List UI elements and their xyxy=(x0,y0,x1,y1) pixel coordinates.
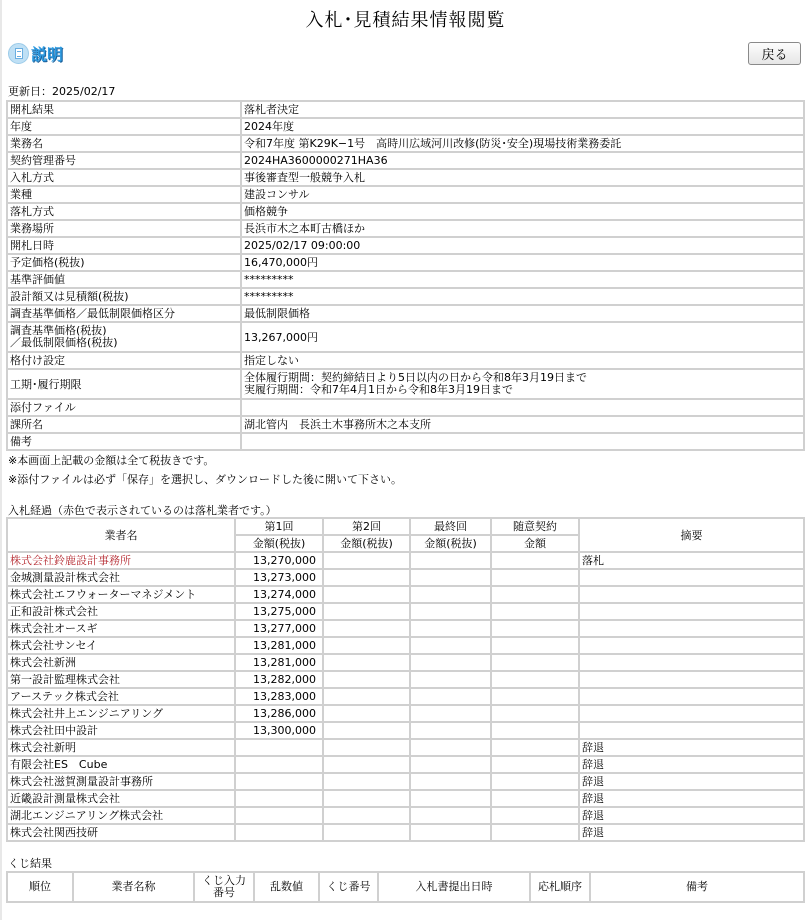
info-value xyxy=(241,399,804,416)
lottery-header: 応札順序 xyxy=(530,872,590,902)
info-row: 調査基準価格(税抜)／最低制限価格(税抜)13,267,000円 xyxy=(7,322,804,352)
updated-date: 更新日：2025/02/17 xyxy=(8,83,115,99)
info-value: 16,470,000円 xyxy=(241,254,804,271)
bid-row: 湖北エンジニアリング株式会社辞退 xyxy=(7,807,804,824)
info-label: 落札方式 xyxy=(7,203,241,220)
bid-round1-amount xyxy=(235,790,323,807)
info-value: 2024HA3600000271HA36 xyxy=(241,152,804,169)
lottery-header: 入札書提出日時 xyxy=(378,872,530,902)
bid-round2-amount xyxy=(323,790,410,807)
bid-negotiated-amount xyxy=(491,705,579,722)
bid-row: 株式会社サンセイ13,281,000 xyxy=(7,637,804,654)
info-row: 調査基準価格／最低制限価格区分最低制限価格 xyxy=(7,305,804,322)
bid-company: 有限会社ES Cube xyxy=(7,756,235,773)
bid-row: 正和設計株式会社13,275,000 xyxy=(7,603,804,620)
bid-round2-amount xyxy=(323,569,410,586)
bid-round1-amount: 13,281,000 xyxy=(235,654,323,671)
info-label: 基準評価値 xyxy=(7,271,241,288)
bid-row: 株式会社井上エンジニアリング13,286,000 xyxy=(7,705,804,722)
bid-company: 正和設計株式会社 xyxy=(7,603,235,620)
info-value xyxy=(241,433,804,450)
bid-negotiated-amount xyxy=(491,756,579,773)
info-row: 入札方式事後審査型一般競争入札 xyxy=(7,169,804,186)
header-negotiated: 随意契約 xyxy=(491,518,579,535)
bid-row: 株式会社滋賀測量設計事務所辞退 xyxy=(7,773,804,790)
bid-summary xyxy=(579,569,804,586)
bid-row: 株式会社関西技研辞退 xyxy=(7,824,804,841)
bid-company: 株式会社新明 xyxy=(7,739,235,756)
header-final-amount: 金額(税抜) xyxy=(410,535,491,552)
info-row: 開札日時2025/02/17 09:00:00 xyxy=(7,237,804,254)
bid-final-amount xyxy=(410,569,491,586)
document-icon xyxy=(8,43,29,64)
bid-company: 湖北エンジニアリング株式会社 xyxy=(7,807,235,824)
info-value: 2024年度 xyxy=(241,118,804,135)
info-value: 事後審査型一般競争入札 xyxy=(241,169,804,186)
bid-negotiated-amount xyxy=(491,824,579,841)
bid-row: 株式会社エフウォーターマネジメント13,274,000 xyxy=(7,586,804,603)
bid-round1-amount xyxy=(235,807,323,824)
bid-round1-amount: 13,274,000 xyxy=(235,586,323,603)
bid-negotiated-amount xyxy=(491,603,579,620)
header-round2-amount: 金額(税抜) xyxy=(323,535,410,552)
bid-round2-amount xyxy=(323,722,410,739)
bid-row: 株式会社新明辞退 xyxy=(7,739,804,756)
bid-negotiated-amount xyxy=(491,688,579,705)
bid-company: 第一設計監理株式会社 xyxy=(7,671,235,688)
bid-round2-amount xyxy=(323,603,410,620)
header-round1-amount: 金額(税抜) xyxy=(235,535,323,552)
bid-round1-amount xyxy=(235,756,323,773)
bid-company: 株式会社関西技研 xyxy=(7,824,235,841)
info-label: 調査基準価格／最低制限価格区分 xyxy=(7,305,241,322)
bid-row: 株式会社新洲13,281,000 xyxy=(7,654,804,671)
bid-summary xyxy=(579,722,804,739)
bid-negotiated-amount xyxy=(491,790,579,807)
info-label: 契約管理番号 xyxy=(7,152,241,169)
bid-round1-amount: 13,286,000 xyxy=(235,705,323,722)
info-value: 指定しない xyxy=(241,352,804,369)
bid-negotiated-amount xyxy=(491,671,579,688)
info-value: 13,267,000円 xyxy=(241,322,804,352)
header-round1: 第1回 xyxy=(235,518,323,535)
bid-round2-amount xyxy=(323,620,410,637)
bid-row: 第一設計監理株式会社13,282,000 xyxy=(7,671,804,688)
info-label: 年度 xyxy=(7,118,241,135)
bid-round1-amount xyxy=(235,824,323,841)
info-row: 業種建設コンサル xyxy=(7,186,804,203)
bid-summary xyxy=(579,586,804,603)
bid-round1-amount: 13,300,000 xyxy=(235,722,323,739)
bid-final-amount xyxy=(410,790,491,807)
info-label: 開札日時 xyxy=(7,237,241,254)
bid-row: 金城測量設計株式会社13,273,000 xyxy=(7,569,804,586)
bid-row: 有限会社ES Cube辞退 xyxy=(7,756,804,773)
bid-round1-amount: 13,275,000 xyxy=(235,603,323,620)
bid-company: アーステック株式会社 xyxy=(7,688,235,705)
info-label: 業務場所 xyxy=(7,220,241,237)
info-value: 全体履行期間：契約締結日より5日以内の日から令和8年3月19日まで実履行期間：令… xyxy=(241,369,804,399)
info-value: ********* xyxy=(241,288,804,305)
bid-row: 株式会社鈴鹿設計事務所13,270,000落札 xyxy=(7,552,804,569)
info-value: 令和7年度 第K29K−1号 高時川広域河川改修(防災･安全)現場技術業務委託 xyxy=(241,135,804,152)
bid-round2-amount xyxy=(323,586,410,603)
bid-negotiated-amount xyxy=(491,569,579,586)
info-label: 添付ファイル xyxy=(7,399,241,416)
bid-round2-amount xyxy=(323,688,410,705)
info-value: 2025/02/17 09:00:00 xyxy=(241,237,804,254)
bid-company: 株式会社オースギ xyxy=(7,620,235,637)
bid-negotiated-amount xyxy=(491,586,579,603)
help-label: 説明 xyxy=(31,42,63,65)
info-value: 価格競争 xyxy=(241,203,804,220)
info-value-line2: 実履行期間：令和7年4月1日から令和8年3月19日まで xyxy=(244,383,513,396)
bid-negotiated-amount xyxy=(491,620,579,637)
info-label-line2: ／最低制限価格(税抜) xyxy=(10,336,118,349)
info-row: 添付ファイル xyxy=(7,399,804,416)
bid-round2-amount xyxy=(323,824,410,841)
bid-final-amount xyxy=(410,739,491,756)
lottery-header: 乱数値 xyxy=(254,872,319,902)
lottery-results-table: 順位業者名称くじ入力番号乱数値くじ番号入札書提出日時応札順序備考 xyxy=(6,871,805,903)
bid-info-table: 開札結果落札者決定年度2024年度業務名令和7年度 第K29K−1号 高時川広域… xyxy=(6,100,805,451)
lottery-header: 業者名称 xyxy=(73,872,194,902)
bid-round1-amount: 13,273,000 xyxy=(235,569,323,586)
window-edge xyxy=(0,0,2,920)
bid-negotiated-amount xyxy=(491,773,579,790)
bid-company: 株式会社滋賀測量設計事務所 xyxy=(7,773,235,790)
bid-round1-amount: 13,282,000 xyxy=(235,671,323,688)
bid-final-amount xyxy=(410,824,491,841)
info-row: 業務場所長浜市木之本町古橋ほか xyxy=(7,220,804,237)
attachment-note: ※添付ファイルは必ず「保存」を選択し、ダウンロードした後に開いて下さい。 xyxy=(8,471,402,487)
bid-summary xyxy=(579,620,804,637)
bid-round2-amount xyxy=(323,552,410,569)
bid-final-amount xyxy=(410,722,491,739)
info-row: 工期･履行期限全体履行期間：契約締結日より5日以内の日から令和8年3月19日まで… xyxy=(7,369,804,399)
bid-company: 金城測量設計株式会社 xyxy=(7,569,235,586)
bid-row: 株式会社オースギ13,277,000 xyxy=(7,620,804,637)
bid-summary: 辞退 xyxy=(579,790,804,807)
back-button[interactable]: 戻る xyxy=(748,42,801,65)
bid-round1-amount xyxy=(235,739,323,756)
lottery-header: くじ入力番号 xyxy=(194,872,254,902)
bid-company: 株式会社サンセイ xyxy=(7,637,235,654)
lottery-caption: くじ結果 xyxy=(8,855,52,871)
page-title: 入札･見積結果情報閲覧 xyxy=(0,6,811,32)
info-row: 設計額又は見積額(税抜)********* xyxy=(7,288,804,305)
info-label: 業種 xyxy=(7,186,241,203)
info-label: 開札結果 xyxy=(7,101,241,118)
info-value: 湖北管内 長浜土木事務所木之本支所 xyxy=(241,416,804,433)
info-row: 課所名湖北管内 長浜土木事務所木之本支所 xyxy=(7,416,804,433)
info-label: 調査基準価格(税抜)／最低制限価格(税抜) xyxy=(7,322,241,352)
bid-round2-amount xyxy=(323,705,410,722)
bid-history-table: 業者名 第1回 第2回 最終回 随意契約 摘要 金額(税抜) 金額(税抜) 金額… xyxy=(6,517,805,842)
bid-summary xyxy=(579,603,804,620)
bid-summary: 辞退 xyxy=(579,756,804,773)
bid-round2-amount xyxy=(323,756,410,773)
bid-summary xyxy=(579,637,804,654)
bid-round2-amount xyxy=(323,807,410,824)
bid-company: 株式会社井上エンジニアリング xyxy=(7,705,235,722)
tax-note: ※本画面上記載の金額は全て税抜きです。 xyxy=(8,452,214,468)
bid-final-amount xyxy=(410,688,491,705)
info-value: 長浜市木之本町古橋ほか xyxy=(241,220,804,237)
bid-final-amount xyxy=(410,671,491,688)
bid-company: 近畿設計測量株式会社 xyxy=(7,790,235,807)
bid-company: 株式会社鈴鹿設計事務所 xyxy=(7,552,235,569)
info-label: 業務名 xyxy=(7,135,241,152)
header-summary: 摘要 xyxy=(579,518,804,552)
bid-final-amount xyxy=(410,603,491,620)
info-row: 業務名令和7年度 第K29K−1号 高時川広域河川改修(防災･安全)現場技術業務… xyxy=(7,135,804,152)
bid-summary: 辞退 xyxy=(579,807,804,824)
bid-summary: 辞退 xyxy=(579,824,804,841)
bid-round2-amount xyxy=(323,654,410,671)
bid-company: 株式会社新洲 xyxy=(7,654,235,671)
bid-row: アーステック株式会社13,283,000 xyxy=(7,688,804,705)
bid-company: 株式会社田中設計 xyxy=(7,722,235,739)
header-round2: 第2回 xyxy=(323,518,410,535)
lottery-header: 順位 xyxy=(7,872,73,902)
info-label: 設計額又は見積額(税抜) xyxy=(7,288,241,305)
bid-round1-amount: 13,281,000 xyxy=(235,637,323,654)
bid-summary xyxy=(579,654,804,671)
bid-round2-amount xyxy=(323,773,410,790)
bid-summary xyxy=(579,671,804,688)
bid-final-amount xyxy=(410,637,491,654)
bid-negotiated-amount xyxy=(491,637,579,654)
info-row: 予定価格(税抜)16,470,000円 xyxy=(7,254,804,271)
info-row: 開札結果落札者決定 xyxy=(7,101,804,118)
bid-negotiated-amount xyxy=(491,552,579,569)
bid-final-amount xyxy=(410,620,491,637)
info-row: 年度2024年度 xyxy=(7,118,804,135)
bid-history-caption: 入札経過（赤色で表示されているのは落札業者です。） xyxy=(8,502,277,518)
bid-summary xyxy=(579,705,804,722)
bid-negotiated-amount xyxy=(491,739,579,756)
bid-round1-amount xyxy=(235,773,323,790)
info-row: 契約管理番号2024HA3600000271HA36 xyxy=(7,152,804,169)
bid-round2-amount xyxy=(323,739,410,756)
info-label: 入札方式 xyxy=(7,169,241,186)
info-label: 課所名 xyxy=(7,416,241,433)
bid-summary: 辞退 xyxy=(579,739,804,756)
info-row: 基準評価値********* xyxy=(7,271,804,288)
info-row: 備考 xyxy=(7,433,804,450)
bid-final-amount xyxy=(410,773,491,790)
info-label: 格付け設定 xyxy=(7,352,241,369)
bid-round2-amount xyxy=(323,637,410,654)
bid-negotiated-amount xyxy=(491,654,579,671)
lottery-header: 備考 xyxy=(590,872,804,902)
bid-row: 株式会社田中設計13,300,000 xyxy=(7,722,804,739)
bid-round1-amount: 13,270,000 xyxy=(235,552,323,569)
header-final: 最終回 xyxy=(410,518,491,535)
info-value: 最低制限価格 xyxy=(241,305,804,322)
bid-final-amount xyxy=(410,654,491,671)
info-value: 落札者決定 xyxy=(241,101,804,118)
bid-negotiated-amount xyxy=(491,722,579,739)
bid-final-amount xyxy=(410,586,491,603)
bid-summary: 落札 xyxy=(579,552,804,569)
help-link[interactable]: 説明 xyxy=(8,41,63,65)
info-label: 備考 xyxy=(7,433,241,450)
bid-company: 株式会社エフウォーターマネジメント xyxy=(7,586,235,603)
bid-summary xyxy=(579,688,804,705)
bid-final-amount xyxy=(410,705,491,722)
info-row: 格付け設定指定しない xyxy=(7,352,804,369)
info-row: 落札方式価格競争 xyxy=(7,203,804,220)
lottery-header: くじ番号 xyxy=(319,872,378,902)
bid-round1-amount: 13,277,000 xyxy=(235,620,323,637)
info-label: 予定価格(税抜) xyxy=(7,254,241,271)
bid-final-amount xyxy=(410,756,491,773)
header-negotiated-amount: 金額 xyxy=(491,535,579,552)
bid-summary: 辞退 xyxy=(579,773,804,790)
info-label: 工期･履行期限 xyxy=(7,369,241,399)
bid-row: 近畿設計測量株式会社辞退 xyxy=(7,790,804,807)
info-value: ********* xyxy=(241,271,804,288)
info-value: 建設コンサル xyxy=(241,186,804,203)
bid-negotiated-amount xyxy=(491,807,579,824)
header-company: 業者名 xyxy=(7,518,235,552)
bid-final-amount xyxy=(410,552,491,569)
bid-round1-amount: 13,283,000 xyxy=(235,688,323,705)
bid-final-amount xyxy=(410,807,491,824)
bid-round2-amount xyxy=(323,671,410,688)
